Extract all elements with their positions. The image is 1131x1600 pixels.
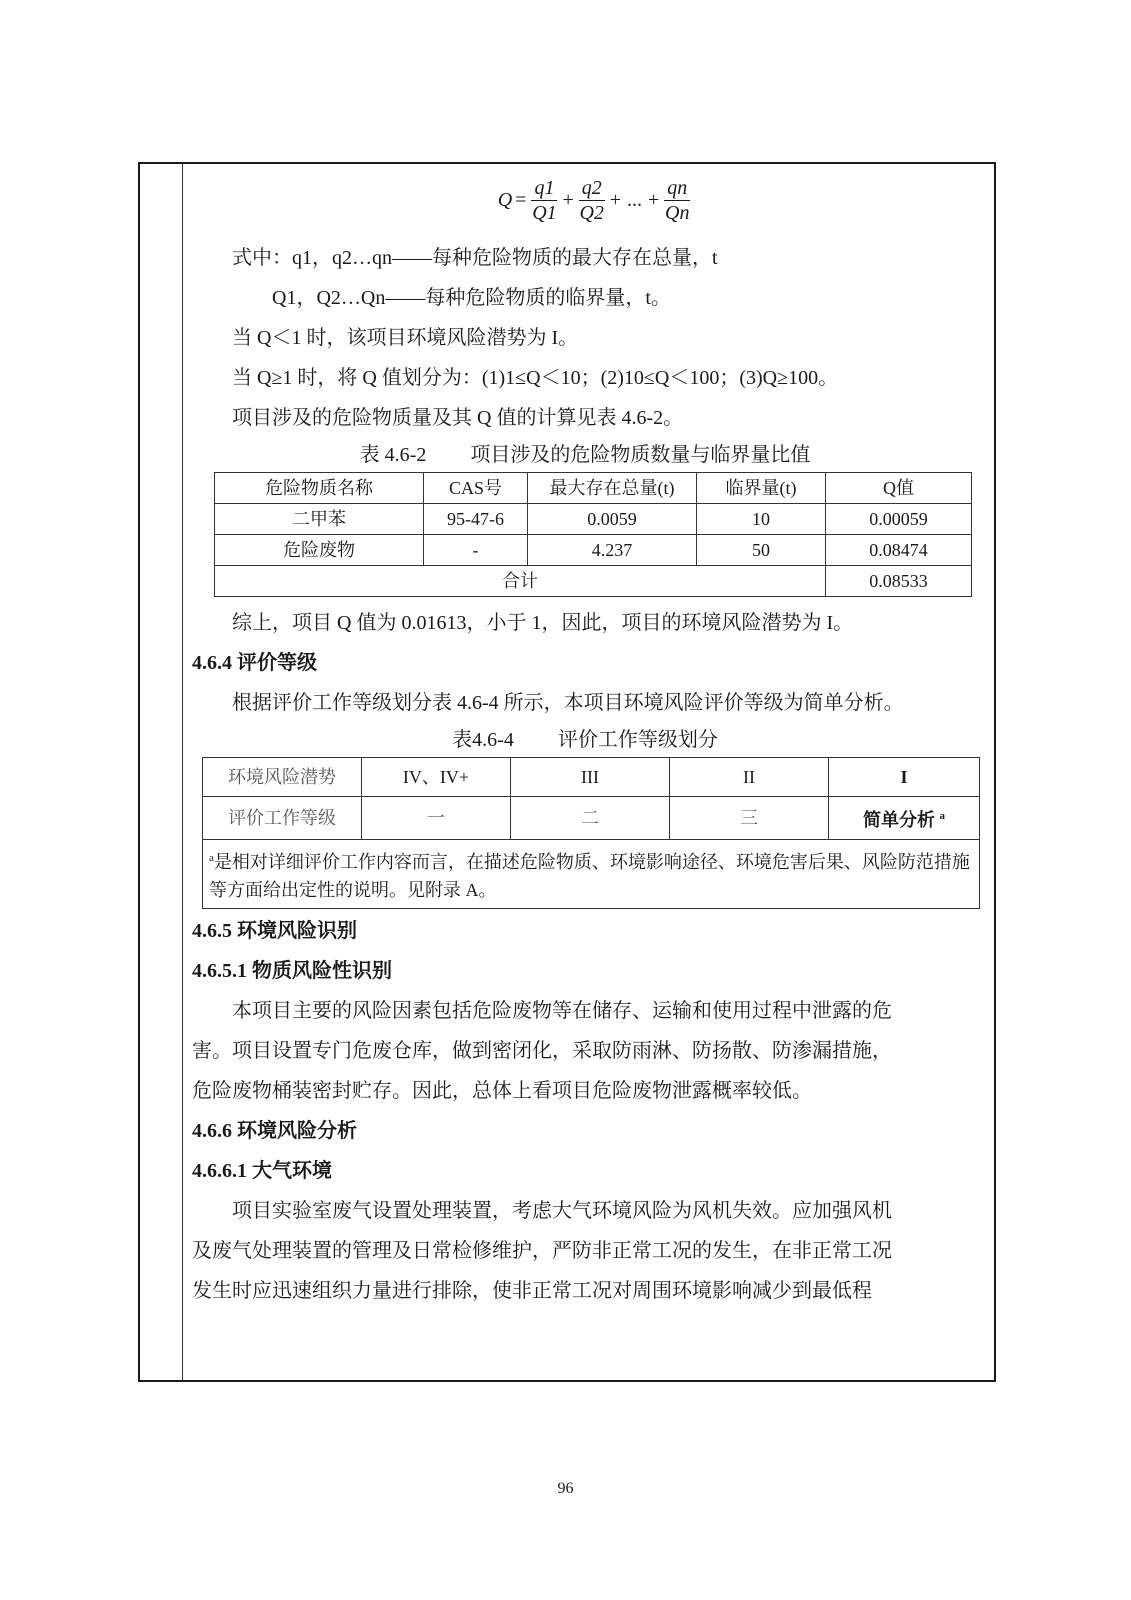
table-row: 危险废物 - 4.237 50 0.08474 [215, 535, 972, 566]
para-see-table: 项目涉及的危险物质量及其 Q 值的计算见表 4.6-2。 [192, 398, 978, 438]
table-row-grade: 评价工作等级 一 二 三 简单分析 a [203, 797, 980, 840]
para-q-ge-1: 当 Q≥1 时，将 Q 值划分为：(1)1≤Q＜10；(2)10≤Q＜100；(… [192, 358, 978, 398]
formula-equals: = [515, 180, 526, 220]
table-row: 二甲苯 95-47-6 0.0059 10 0.00059 [215, 504, 972, 535]
formula-term-1: q1 Q1 [531, 176, 557, 225]
table2-caption: 表4.6-4评价工作等级划分 [192, 723, 978, 757]
formula-lhs: Q [498, 180, 512, 220]
column-divider [182, 164, 183, 1380]
para-where-q: 式中：q1，q2…qn——每种危险物质的最大存在总量，t [192, 238, 978, 278]
para-air-2: 及废气处理装置的管理及日常检修维护，严防非正常工况的发生，在非正常工况 [192, 1231, 978, 1271]
table-row-potential: 环境风险潜势 IV、IV+ III II I [203, 758, 980, 797]
page-number: 96 [0, 1480, 1131, 1498]
para-air-1: 项目实验室废气设置处理装置，考虑大气环境风险为风机失效。应加强风机 [192, 1191, 978, 1231]
q-formula: Q = q1 Q1 + q2 Q2 + ... + qn Qn [192, 164, 978, 236]
para-substance-3: 危险废物桶装密封贮存。因此，总体上看项目危险废物泄露概率较低。 [192, 1071, 978, 1111]
hazard-quantity-table: 危险物质名称 CAS号 最大存在总量(t) 临界量(t) Q值 二甲苯 95-4… [214, 472, 972, 597]
para-q-lt-1: 当 Q＜1 时，该项目环境风险潜势为 I。 [192, 318, 978, 358]
table-note-row: a是相对详细评价工作内容而言，在描述危险物质、环境影响途径、环境危害后果、风险防… [203, 840, 980, 909]
para-air-3: 发生时应迅速组织力量进行排除，使非正常工况对周围环境影响减少到最低程 [192, 1271, 978, 1311]
para-grade: 根据评价工作等级划分表 4.6-4 所示，本项目环境风险评价等级为简单分析。 [192, 683, 978, 723]
table-header-row: 危险物质名称 CAS号 最大存在总量(t) 临界量(t) Q值 [215, 473, 972, 504]
page-frame: Q = q1 Q1 + q2 Q2 + ... + qn Qn 式中：q1，q2… [138, 162, 996, 1382]
heading-4-6-6: 4.6.6 环境风险分析 [192, 1111, 978, 1151]
formula-term-2: q2 Q2 [579, 176, 605, 225]
heading-4-6-5-1: 4.6.5.1 物质风险性识别 [192, 951, 978, 991]
para-where-Q: Q1，Q2…Qn——每种危险物质的临界量，t。 [192, 278, 978, 318]
heading-4-6-6-1: 4.6.6.1 大气环境 [192, 1151, 978, 1191]
formula-term-n: qn Qn [664, 176, 690, 225]
heading-4-6-5: 4.6.5 环境风险识别 [192, 911, 978, 951]
evaluation-grade-table: 环境风险潜势 IV、IV+ III II I 评价工作等级 一 二 三 简单分析… [202, 757, 980, 909]
table1-caption: 表 4.6-2项目涉及的危险物质数量与临界量比值 [192, 438, 978, 472]
para-substance-1: 本项目主要的风险因素包括危险废物等在储存、运输和使用过程中泄露的危 [192, 991, 978, 1031]
para-summary: 综上，项目 Q 值为 0.01613，小于 1，因此，项目的环境风险潜势为 I。 [192, 603, 978, 643]
content-column: Q = q1 Q1 + q2 Q2 + ... + qn Qn 式中：q1，q2… [192, 164, 978, 1380]
heading-4-6-4: 4.6.4 评价等级 [192, 643, 978, 683]
para-substance-2: 害。项目设置专门危废仓库，做到密闭化，采取防雨淋、防扬散、防渗漏措施， [192, 1031, 978, 1071]
table-total-row: 合计 0.08533 [215, 566, 972, 597]
